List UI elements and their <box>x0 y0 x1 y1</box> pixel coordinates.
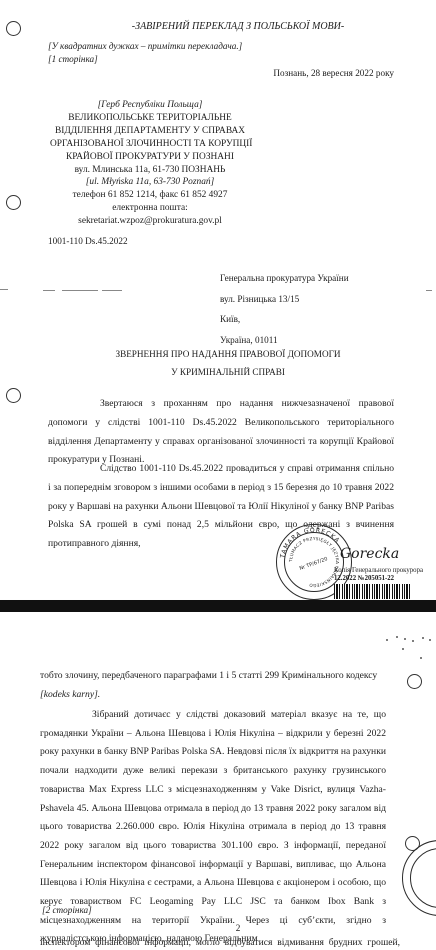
translation-header-title: -ЗАВІРЕНИЙ ПЕРЕКЛАД З ПОЛЬСЬКОЇ МОВИ- <box>0 21 436 32</box>
paragraph-request: Звертаюся з проханням про надання нижчез… <box>48 395 394 470</box>
authority-email[interactable]: sekretariat.wzpoz@prokuratura.gov.pl <box>50 215 250 228</box>
recipient-street: вул. Різницька 13/15 <box>220 289 349 310</box>
authority-address: вул. Млинська 11а, 61-730 ПОЗНАНЬ <box>50 164 250 177</box>
reference-number: 1001-110 Ds.45.2022 <box>48 235 128 248</box>
paragraph-last-line: інспектором фінансової інформації, могло… <box>40 934 400 950</box>
page-marker: [2 сторінка] <box>42 904 92 917</box>
authority-address-original: [ul. Młyńska 11a, 63-730 Poznań] <box>50 176 250 189</box>
page-marker: [1 сторінка] <box>48 53 98 66</box>
seal-number: Nr TP/67/20 <box>299 556 329 572</box>
punch-hole-icon <box>6 195 21 210</box>
copy-note-line-2: 12.2022 №205051-22 <box>334 575 423 583</box>
punch-hole-icon <box>6 388 21 403</box>
paragraph-continuation: тобто злочину, передбаченого параграфами… <box>40 667 394 686</box>
place-date: Познань, 28 вересня 2022 року <box>273 67 394 80</box>
page-separator <box>0 600 436 612</box>
barcode-icon <box>334 584 410 599</box>
emblem-note: [Герб Республіки Польща] <box>50 99 250 112</box>
recipient-name: Генеральна прокуратура України <box>220 268 349 289</box>
authority-name-line: ВІДДІЛЕННЯ ДЕПАРТАМЕНТУ У СПРАВАХ <box>50 125 250 138</box>
code-original-note: [kodeks karny]. <box>40 686 100 705</box>
document-page-2: тобто злочину, передбаченого параграфами… <box>0 612 436 950</box>
document-title-line-2: У КРИМІНАЛЬНІЙ СПРАВІ <box>0 366 436 379</box>
punch-hole-icon <box>407 674 422 689</box>
authority-name-line: ОРГАНІЗОВАНОЇ ЗЛОЧИННОСТІ ТА КОРУПЦІЇ <box>50 138 250 151</box>
issuing-authority-block: [Герб Республіки Польща] ВЕЛИКОПОЛЬСЬКЕ … <box>50 99 250 228</box>
document-title-line-1: ЗВЕРНЕННЯ ПРО НАДАННЯ ПРАВОВОЇ ДОПОМОГИ <box>0 348 436 361</box>
copy-note-line-1: Копія Генерального прокурора <box>334 567 423 575</box>
copy-note-block: Копія Генерального прокурора 12.2022 №20… <box>334 567 423 583</box>
translator-signature: Gorecka <box>340 546 399 562</box>
authority-phone-fax: телефон 61 852 1214, факс 61 852 4927 <box>50 189 250 202</box>
translator-note: [У квадратних дужках – примітки переклад… <box>48 40 242 53</box>
document-page-1: -ЗАВІРЕНИЙ ПЕРЕКЛАД З ПОЛЬСЬКОЇ МОВИ- [У… <box>0 0 436 600</box>
recipient-block: Генеральна прокуратура України вул. Різн… <box>220 268 349 350</box>
translator-seal-icon <box>402 840 436 916</box>
authority-name-line: ВЕЛИКОПОЛЬСЬКЕ ТЕРИТОРІАЛЬНЕ <box>50 112 250 125</box>
authority-name-line: КРАЙОВОЇ ПРОКУРАТУРИ У ПОЗНАНІ <box>50 151 250 164</box>
recipient-city: Київ, <box>220 309 349 330</box>
authority-email-label: електронна пошта: <box>50 202 250 215</box>
recipient-country-zip: Україна, 01011 <box>220 330 349 351</box>
